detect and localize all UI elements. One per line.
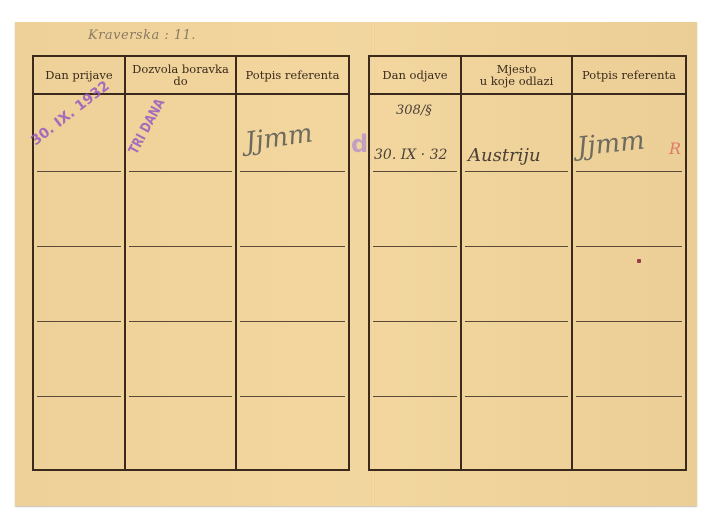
departure-date: 30. IX · 32 (374, 147, 447, 163)
clerk-signature: Jjmm (243, 118, 314, 157)
row-divider (240, 171, 345, 172)
row-divider (373, 171, 457, 172)
row-divider (129, 396, 232, 397)
column-potpis-referenta: Jjmm (235, 95, 348, 469)
document-paper: Kraverska : 11. Dan prijave Dozvola bora… (15, 22, 697, 506)
row-divider (240, 321, 345, 322)
deregistration-table-body: 308/§ 30. IX · 32 Austriju Jjmm R (370, 95, 685, 469)
deregistration-table-header: Dan odjave Mjestou koje odlazi Potpis re… (370, 57, 685, 95)
row-divider (465, 246, 568, 247)
column-dan-prijave: 30. IX. 1932 (34, 95, 124, 469)
column-potpis-referenta: Jjmm R (571, 95, 685, 469)
row-divider (576, 321, 682, 322)
header-potpis-referenta: Potpis referenta (571, 57, 685, 93)
ink-dot (637, 259, 641, 263)
column-mjesto: Austriju (460, 95, 571, 469)
registration-table-header: Dan prijave Dozvola boravkado Potpis ref… (34, 57, 348, 95)
margin-stamp-fragment: d (351, 130, 368, 158)
header-mjesto: Mjestou koje odlazi (460, 57, 571, 93)
row-divider (373, 396, 457, 397)
clerk-signature: Jjmm (576, 126, 647, 163)
row-divider (576, 396, 682, 397)
row-divider (129, 321, 232, 322)
row-divider (373, 321, 457, 322)
row-divider (465, 396, 568, 397)
row-divider (37, 321, 121, 322)
row-divider (37, 396, 121, 397)
column-dozvola-boravka: TRI DANA (124, 95, 235, 469)
row-divider (37, 246, 121, 247)
red-pencil-mark: R (669, 139, 681, 158)
row-divider (129, 171, 232, 172)
header-dozvola-boravka: Dozvola boravkado (124, 57, 235, 93)
row-divider (576, 171, 682, 172)
row-divider (465, 171, 568, 172)
row-divider (129, 246, 232, 247)
registration-table: Dan prijave Dozvola boravkado Potpis ref… (32, 55, 350, 471)
row-divider (576, 246, 682, 247)
row-divider (240, 246, 345, 247)
destination: Austriju (468, 145, 541, 166)
row-divider (37, 171, 121, 172)
row-divider (373, 246, 457, 247)
permit-duration-stamp: TRI DANA (126, 96, 168, 157)
row-divider (240, 396, 345, 397)
deregistration-table: Dan odjave Mjestou koje odlazi Potpis re… (368, 55, 687, 471)
header-dan-odjave: Dan odjave (370, 57, 460, 93)
handwritten-address-note: Kraverska : 11. (88, 28, 196, 43)
registration-table-body: 30. IX. 1932 TRI DANA Jjmm (34, 95, 348, 469)
header-potpis-referenta: Potpis referenta (235, 57, 348, 93)
reference-number: 308/§ (396, 103, 432, 118)
column-dan-odjave: 308/§ 30. IX · 32 (370, 95, 460, 469)
row-divider (465, 321, 568, 322)
